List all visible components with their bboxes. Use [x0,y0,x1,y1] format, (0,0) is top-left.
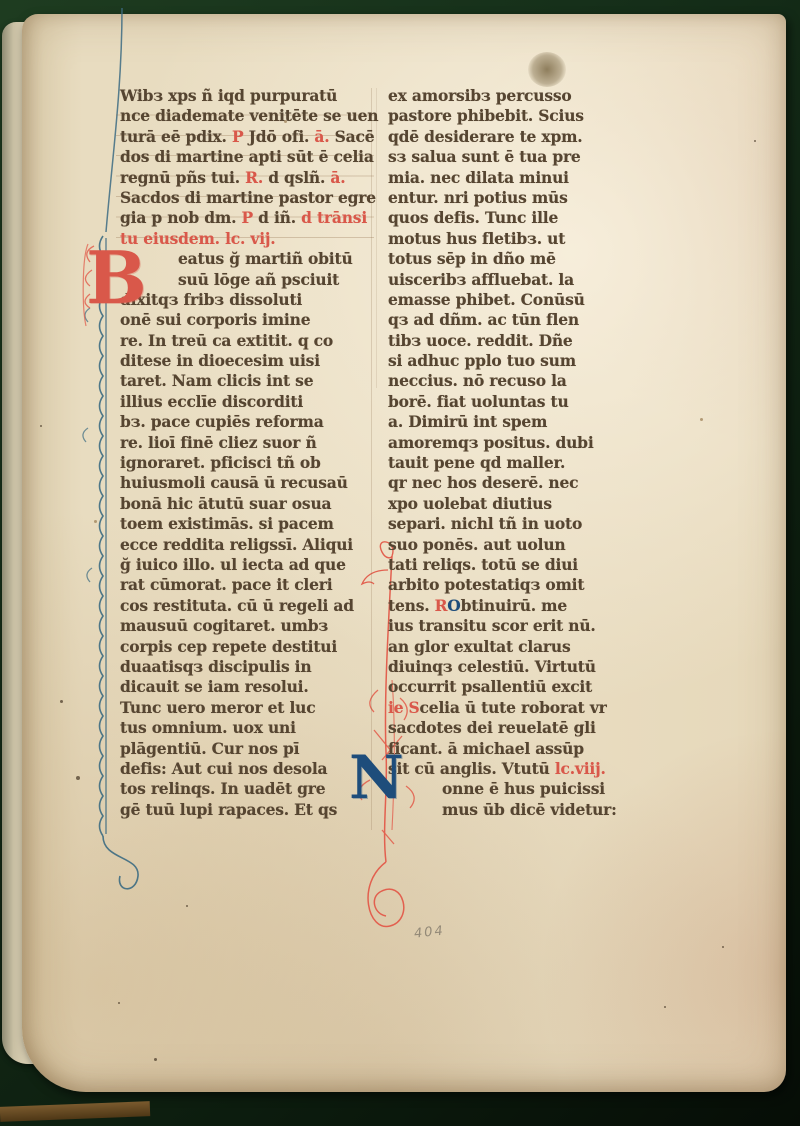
text-line: uisceribз affluebat. la [388,270,664,290]
parchment-speck [754,140,756,142]
text-line: illius ecclīe discorditi [120,392,374,412]
text-line: emasse phibet. Conūsū [388,290,664,310]
parchment-speck [118,1002,120,1004]
text-line: neccius. nō recuso la [388,371,664,391]
text-line: sit cū anglis. Vtutū lc.viij. [388,759,664,779]
ink-stain [528,52,566,87]
text-line: regnū pñs tui. R. d qslñ. ā. [120,168,374,188]
text-line: onē sui corporis imine [120,310,374,330]
text-line: tus omnium. uox uni [120,718,374,738]
parchment-speck [60,700,63,703]
gutter-crease-line [376,88,377,388]
text-line: tens. RObtinuirū. me [388,596,664,616]
text-line: pastore phibebit. Scius [388,106,664,126]
text-line: motus hus fletibз. ut [388,229,664,249]
text-line: amoremqз positus. dubi [388,433,664,453]
text-line: ditese in dioecesim uisi [120,351,374,371]
text-line: si adhuc pplo tuo sum [388,351,664,371]
text-line: ficant. ā michael assūp [388,739,664,759]
parchment-speck [664,1006,666,1008]
text-line: sз salua sunt ē tua pre [388,147,664,167]
text-line: Wibз xps ñ iqd purpuratū [120,86,374,106]
parchment-speck [40,425,42,427]
text-line: ecce reddita religssī. Aliqui [120,535,374,555]
text-line: tibз uoce. reddit. Dñe [388,331,664,351]
text-line: suū lōge añ psciuit [120,270,374,290]
parchment-speck [284,120,287,123]
illuminated-initial-n: N [349,748,404,808]
text-line: totus sēp in dño mē [388,249,664,269]
text-line: dos di martine apti sūt ē celia [120,147,374,167]
text-line: entur. nri potius mūs [388,188,664,208]
book-cover-edge [0,1101,150,1122]
text-line: bonā hic ātutū suar osua [120,494,374,514]
text-line: plāgentiū. Cur nos pī [120,739,374,759]
text-line: quos defis. Tunc ille [388,208,664,228]
text-line: an glor exultat clarus [388,637,664,657]
text-line: qdē desiderare te xpm. [388,127,664,147]
manuscript-photo: { "colors": { "background_green": "#1630… [0,0,800,1126]
text-line: re. In treū ca extitit. q co [120,331,374,351]
parchment-speck [722,946,724,948]
text-line: a. Dimirū int spem [388,412,664,432]
text-line: tati reliqs. totū se diui [388,555,664,575]
text-line: separi. nichl tñ in uoto [388,514,664,534]
pencil-folio-number: 404 [413,923,445,941]
text-line: suo ponēs. aut uolun [388,535,664,555]
text-line: mausuū cogitaret. umbз [120,616,374,636]
text-line: ğ iuico illo. ul iecta ad que [120,555,374,575]
text-line: corpis cep repete destitui [120,637,374,657]
parchment-speck [700,418,703,421]
text-line: Sacdos di martine pastor egre [120,188,374,208]
parchment-speck [76,776,80,780]
text-line: tos relinqs. In uadēt gre [120,779,374,799]
text-line: sacdotes dei reuelatē gli [388,718,664,738]
text-line: taret. Nam clicis int se [120,371,374,391]
text-line: diuinqз celestiū. Virtutū [388,657,664,677]
text-line: qз ad dñm. ac tūn flen [388,310,664,330]
text-line: mia. nec dilata minui [388,168,664,188]
text-line: re. lioī finē cliez suor ñ [120,433,374,453]
text-line: occurrit psallentiū excit [388,677,664,697]
illuminated-initial-b: B [86,242,147,314]
text-line: arbito potestatiqз omit [388,575,664,595]
left-text-column: Wibз xps ñ iqd purpuratūnce diademate ve… [120,86,374,820]
text-line: ie Scelia ū tute roborat vr [388,698,664,718]
text-line: mus ūb dicē videtur: [388,800,664,820]
text-line: duaatisqз discipulis in [120,657,374,677]
parchment-speck [186,905,188,907]
text-line: turā eē pdix. P Jdō ofi. ā. Sacē [120,127,374,147]
text-line: rat cūmorat. pace it cleri [120,575,374,595]
text-line: qr nec hos deserē. nec [388,473,664,493]
text-line: toem existimās. si pacem [120,514,374,534]
text-line: gē tuū lupi rapaces. Et qs [120,800,374,820]
text-line: cos restituta. cū ū regeli ad [120,596,374,616]
text-line: bз. pace cupiēs reforma [120,412,374,432]
text-line: nce diademate venitēte se uen [120,106,374,126]
text-line: dixitqз fribз dissoluti [120,290,374,310]
parchment-speck [94,520,97,523]
text-line: dicauit se iam resolui. [120,677,374,697]
text-line: defis: Aut cui nos desola [120,759,374,779]
right-text-column: ex amorsibз percussopastore phibebit. Sc… [388,86,664,820]
text-line: tauit pene qd maller. [388,453,664,473]
text-line: eatus ğ martiñ obitū [120,249,374,269]
text-line: ius transitu scor erit nū. [388,616,664,636]
text-line: tu eiusdem. lc. vij. [120,229,374,249]
text-line: onne ē hus puicissi [388,779,664,799]
text-line: xpo uolebat diutius [388,494,664,514]
text-line: Tunc uero meror et luc [120,698,374,718]
text-line: ex amorsibз percusso [388,86,664,106]
text-line: ignoraret. pficisci tñ ob [120,453,374,473]
text-line: borē. fiat uoluntas tu [388,392,664,412]
text-line: gia p nob dm. P d iñ. d trānsi [120,208,374,228]
text-line: huiusmoli causā ū recusaū [120,473,374,493]
parchment-speck [154,1058,157,1061]
